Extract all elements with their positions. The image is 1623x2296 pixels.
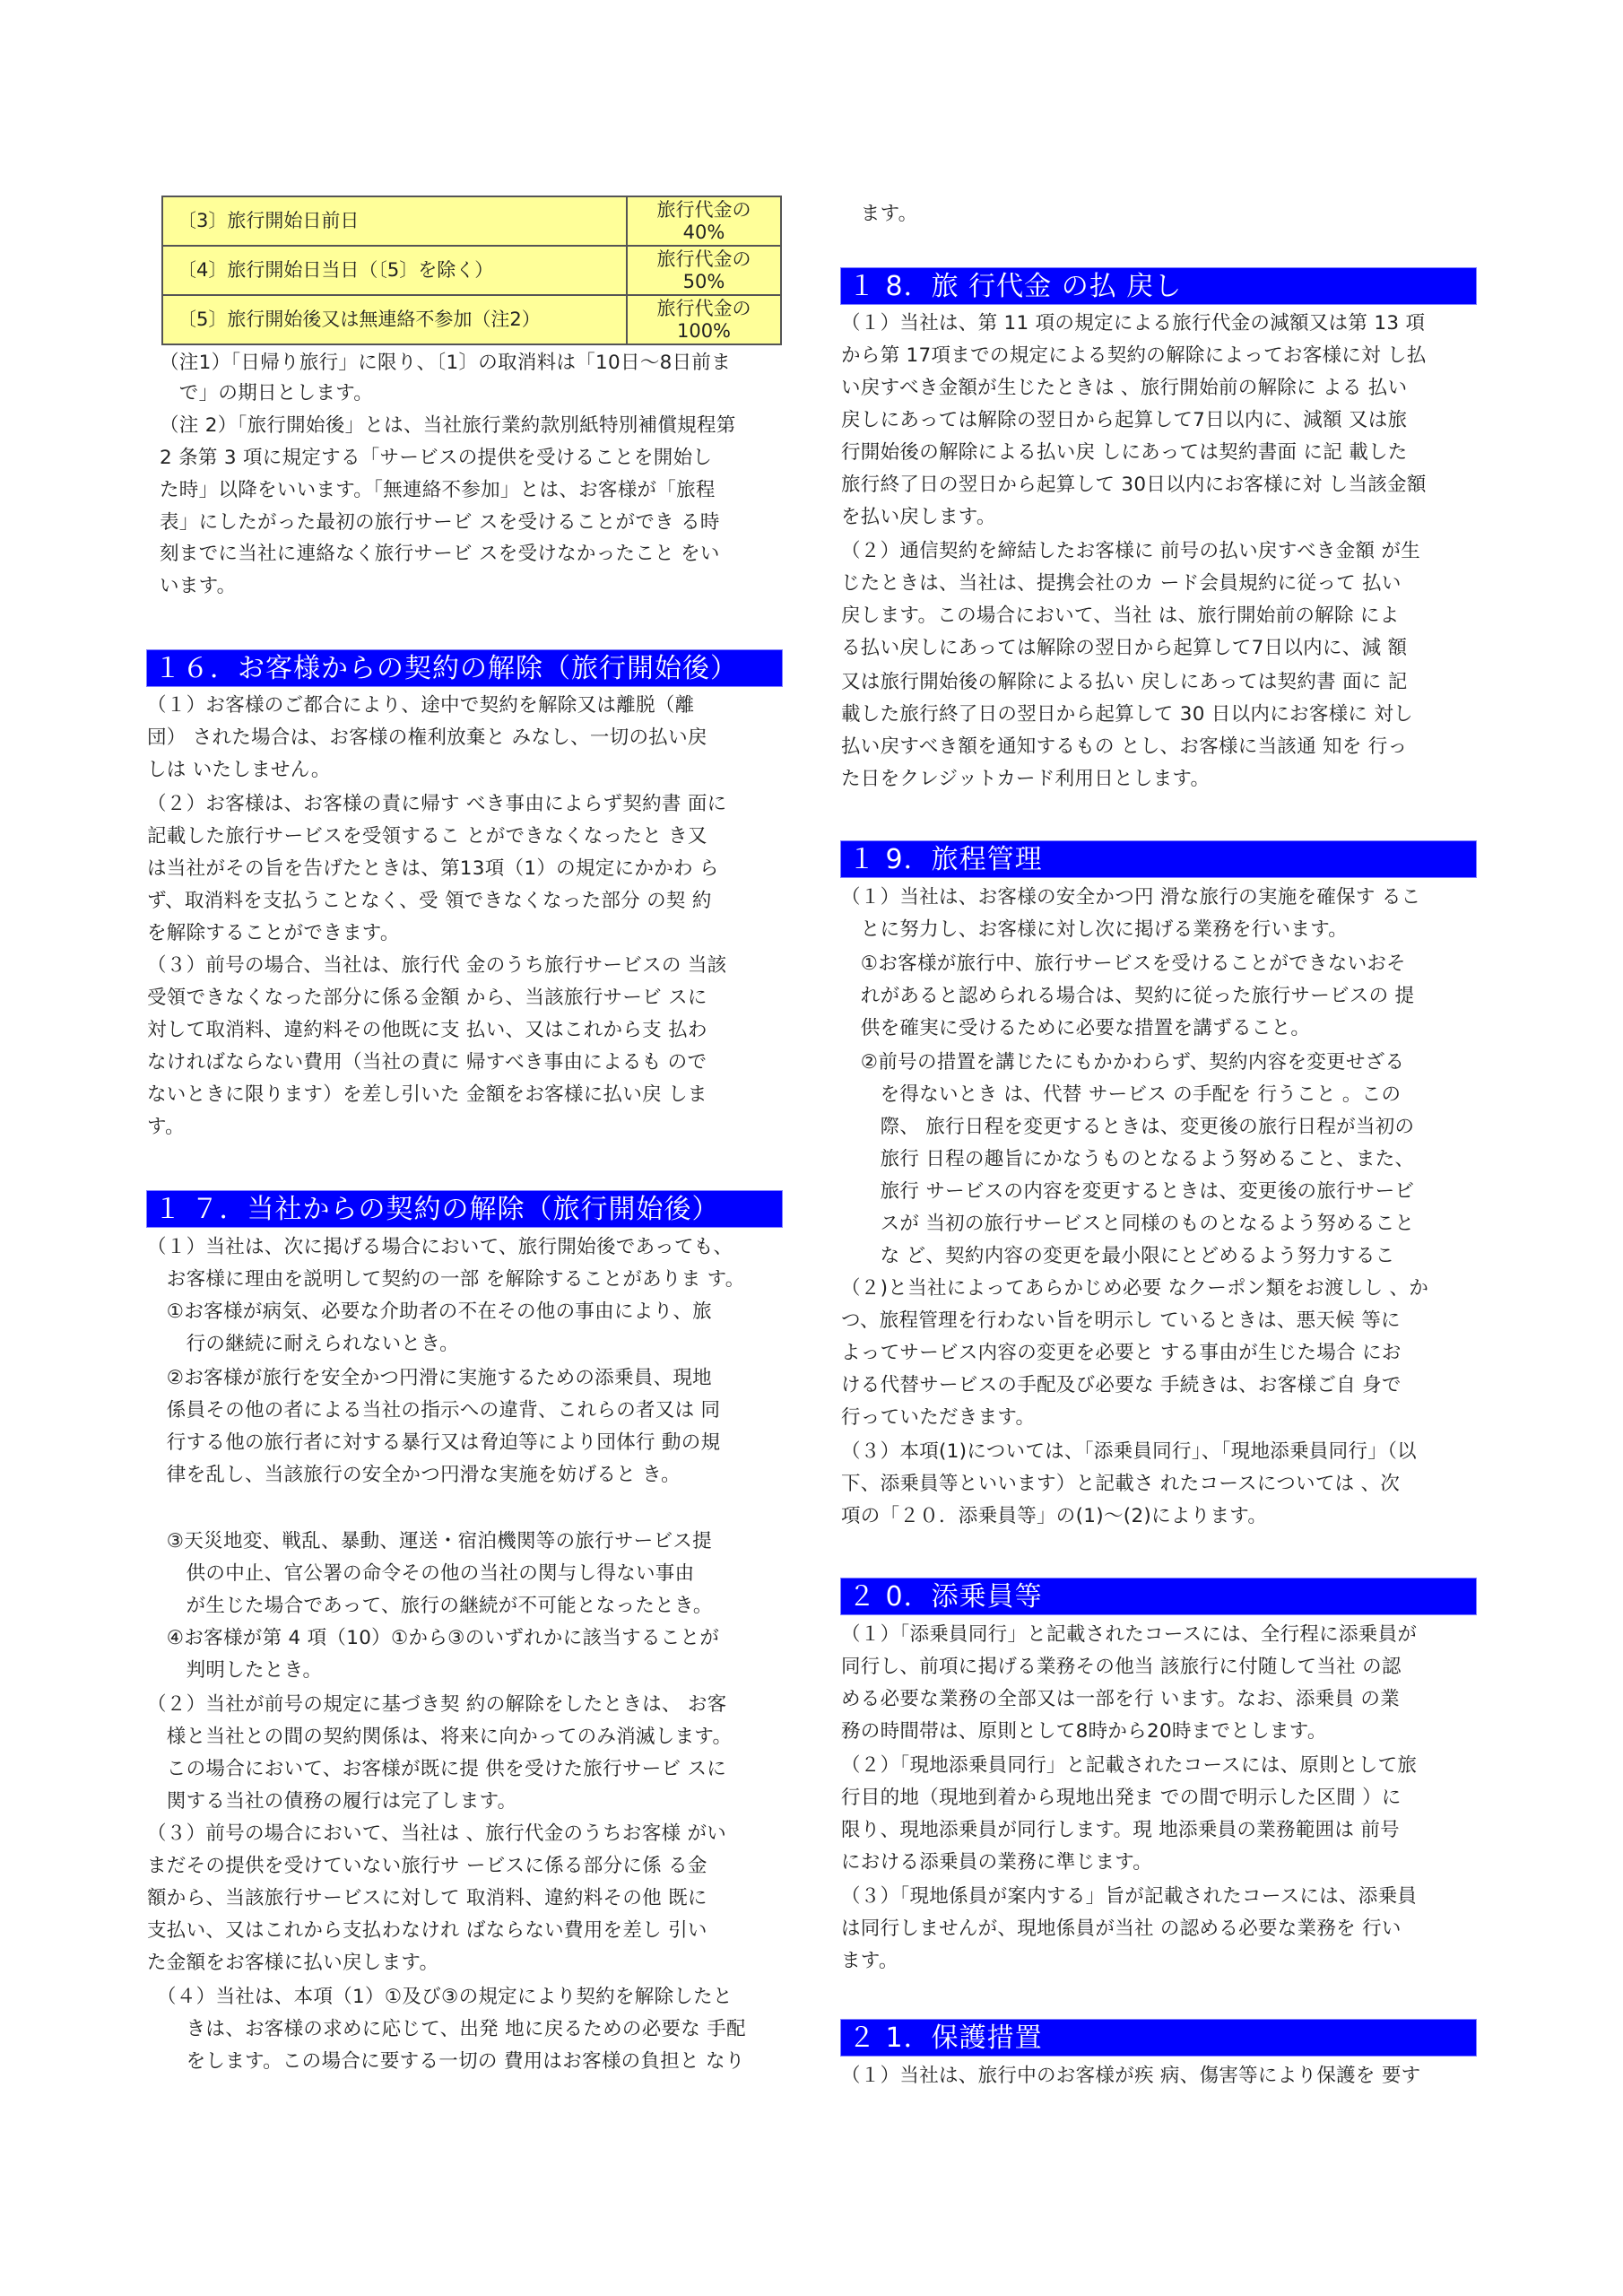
table-row: 〔5〕旅行開始後又は無連絡不参加（注2） 旅行代金の100% xyxy=(162,295,781,344)
text-line: きは、お客様の求めに応じて、出発 地に戻るための必要な 手配 xyxy=(147,2014,746,2045)
text-line: スが 当初の旅行サービスと同様のものとなるよう努めること xyxy=(841,1209,1414,1239)
text-line: 行目的地（現地到着から現地出発ま での間で明示した区間 ）に xyxy=(841,1783,1402,1813)
note-line: た時」以降をいいます。「無連絡不参加」とは、お客様が「旅程 xyxy=(160,475,716,506)
text-line: （１）当社は、お客様の安全かつ円 滑な旅行の実施を確保す るこ xyxy=(841,883,1420,913)
text-line: 行っていただきます。 xyxy=(841,1403,1035,1433)
text-line: い戻すべき金額が生じたときは 、旅行開始前の解除に よる 払い xyxy=(841,373,1407,404)
fee-value: 旅行代金の100% xyxy=(627,295,781,344)
text-line: 限り、現地添乗員が同行します。現 地添乗員の業務範囲は 前号 xyxy=(841,1815,1400,1846)
text-line: この場合において、お客様が既に提 供を受けた旅行サービ スに xyxy=(147,1754,726,1785)
text-line: なければならない費用（当社の責に 帰すべき事由によるも ので xyxy=(147,1048,707,1078)
text-line: る払い戻しにあっては解除の翌日から起算して7日以内に、減 額 xyxy=(841,633,1407,664)
text-line: 払い戻すべき額を通知するもの とし、お客様に当該通 知を 行っ xyxy=(841,732,1407,762)
text-line: から第 17項までの規定による契約の解除によってお客様に対 し払 xyxy=(841,341,1427,371)
text-line: 支払い、又はこれから支払わなけれ ばならない費用を差し 引い xyxy=(147,1916,707,1946)
section-heading-19: １ 9．旅程管理 xyxy=(840,840,1477,878)
text-line: 受領できなくなった部分に係る金額 から、当該旅行サービ スに xyxy=(147,983,707,1013)
note-line: （注 2）「旅行開始後」とは、当社旅行業約款別紙特別補償規程第 xyxy=(160,411,736,441)
text-line: 様と当社との間の契約関係は、将来に向かってのみ消滅します。 xyxy=(147,1722,732,1752)
text-line: よってサービス内容の変更を必要と する事由が生じた場合 にお xyxy=(841,1338,1402,1369)
text-line: 関する当社の債務の履行は完了します。 xyxy=(147,1787,516,1817)
text-line: 記載した旅行サービスを受領するこ とができなくなったと き又 xyxy=(147,822,707,852)
text-line: （２)と当社によってあらかじめ必要 なクーポン類をお渡しし 、か xyxy=(841,1274,1428,1304)
note-line: 2 条第 3 項に規定する「サービスの提供を受けることを開始し xyxy=(160,443,712,474)
text-line: 旅行 サービスの内容を変更するときは、変更後の旅行サービ xyxy=(841,1177,1414,1207)
text-line: 項の「２０．添乗員等」の(1)〜(2)によります。 xyxy=(841,1501,1267,1532)
text-line: は同行しませんが、現地係員が当社 の認める必要な業務を 行い xyxy=(841,1914,1402,1944)
fee-label: 〔4〕旅行開始日当日（〔5〕を除く） xyxy=(162,246,627,295)
note-line: います。 xyxy=(160,571,236,602)
text-line: 同行し、前項に掲げる業務その他当 該旅行に付随して当社 の認 xyxy=(841,1652,1402,1683)
text-line: 団） された場合は、お客様の権利放棄と みなし、一切の払い戻 xyxy=(147,723,707,753)
text-line: 律を乱し、当該旅行の安全かつ円滑な実施を妨げると き。 xyxy=(147,1460,681,1491)
text-line: は当社がその旨を告げたときは、第13項（1）の規定にかかわ ら xyxy=(147,854,719,884)
section-heading-18: １ 8．旅 行代金 の払 戻し xyxy=(840,267,1477,305)
text-line: （２）お客様は、お客様の責に帰す べき事由によらず契約書 面に xyxy=(147,789,726,820)
section-heading-17: １ ７．当社からの契約の解除（旅行開始後） xyxy=(146,1190,783,1228)
text-line: ないときに限ります）を差し引いた 金額をお客様に払い戻 しま xyxy=(147,1080,707,1110)
text-line: を払い戻します。 xyxy=(841,502,996,533)
text-line: 行開始後の解除による払い戻 しにあっては契約書面 に記 載した xyxy=(841,438,1408,468)
note-line: で」の期日とします。 xyxy=(160,378,373,409)
text-line: が生じた場合であって、旅行の継続が不可能となったとき。 xyxy=(147,1591,713,1622)
text-line: 係員その他の者による当社の指示への違背、これらの者又は 同 xyxy=(147,1396,720,1426)
text-line: （１）当社は、旅行中のお客様が疾 病、傷害等により保護を 要す xyxy=(841,2061,1420,2092)
text-line: まだその提供を受けていない旅行サ ービスに係る部分に係 る金 xyxy=(147,1851,707,1882)
note-line: （注1）「日帰り旅行」に限り、〔1〕の取消料は「10日〜8日前ま xyxy=(160,348,731,378)
text-line: す。 xyxy=(147,1112,185,1143)
text-line: 戻します。この場合において、当社 は、旅行開始前の解除 によ xyxy=(841,601,1400,631)
text-line: （１）お客様のご都合により、途中で契約を解除又は離脱（離 xyxy=(147,691,694,721)
text-line: における添乗員の業務に準じます。 xyxy=(841,1848,1152,1878)
text-line: じたときは、当社は、提携会社のカ ード会員規約に従って 払い xyxy=(841,569,1402,599)
text-line: ます。 xyxy=(841,1946,898,1977)
text-line: 際、 旅行日程を変更するときは、変更後の旅行日程が当初の xyxy=(841,1112,1414,1143)
text-line: 下、添乗員等といいます）と記載さ れたコースについては 、次 xyxy=(841,1469,1400,1500)
text-line: 又は旅行開始後の解除による払い 戻しにあっては契約書 面に 記 xyxy=(841,667,1408,698)
text-line: ける代替サービスの手配及び必要な 手続きは、お客様ご自 身で xyxy=(841,1370,1402,1401)
text-line: 対して取消料、違約料その他既に支 払い、又はこれから支 払わ xyxy=(147,1015,707,1046)
text-line: を解除することができます。 xyxy=(147,918,400,949)
text-line: （４）当社は、本項（1）①及び③の規定により契約を解除したと xyxy=(147,1982,733,2013)
fee-label: 〔5〕旅行開始後又は無連絡不参加（注2） xyxy=(162,295,627,344)
text-line: （２）通信契約を締結したお客様に 前号の払い戻すべき金額 が生 xyxy=(841,536,1420,567)
text-line: ④お客様が第 4 項（10）①から③のいずれかに該当することが xyxy=(147,1623,719,1654)
text-line: （３）「現地係員が案内する」旨が記載されたコースには、添乗員 xyxy=(841,1882,1417,1912)
text-line: 載した旅行終了日の翌日から起算して 30 日以内にお客様に 対し xyxy=(841,700,1413,730)
fee-value: 旅行代金の40% xyxy=(627,196,781,246)
section-heading-16: １６．お客様からの契約の解除（旅行開始後） xyxy=(146,649,783,687)
text-line: （１）当社は、次に掲げる場合において、旅行開始後であっても、 xyxy=(147,1232,733,1263)
text-line: 旅行終了日の翌日から起算して 30日以内にお客様に対 し当該金額 xyxy=(841,470,1427,500)
text-line: 旅行 日程の趣旨にかなうものとなるよう努めること、また、 xyxy=(841,1144,1414,1175)
text-line: ③天災地変、戦乱、暴動、運送・宿泊機関等の旅行サービス提 xyxy=(147,1526,712,1557)
text-line: れがあると認められる場合は、契約に従った旅行サービスの 提 xyxy=(841,981,1414,1012)
text-line: （２）当社が前号の規定に基づき契 約の解除をしたときは、 お客 xyxy=(147,1690,726,1720)
fee-label: 〔3〕旅行開始日前日 xyxy=(162,196,627,246)
text-line: をします。この場合に要する一切の 費用はお客様の負担と なり xyxy=(147,2047,745,2077)
text-line: （１）「添乗員同行」と記載されたコースには、全行程に添乗員が xyxy=(841,1620,1417,1650)
text-line: 供を確実に受けるために必要な措置を講ずること。 xyxy=(841,1013,1310,1044)
table-row: 〔3〕旅行開始日前日 旅行代金の40% xyxy=(162,196,781,246)
text-line: 判明したとき。 xyxy=(147,1656,322,1686)
text-line: ①お客様が病気、必要な介助者の不在その他の事由により、旅 xyxy=(147,1297,712,1327)
section-heading-20: ２ 0．添乗員等 xyxy=(840,1578,1477,1615)
text-line: （３）本項(1)については、「添乗員同行」、「現地添乗員同行」（以 xyxy=(841,1437,1417,1467)
text-line: とに努力し、お客様に対し次に掲げる業務を行います。 xyxy=(841,915,1348,945)
cancellation-fee-table: 〔3〕旅行開始日前日 旅行代金の40% 〔4〕旅行開始日当日（〔5〕を除く） 旅… xyxy=(161,196,782,345)
text-line: 供の中止、官公署の命令その他の当社の関与し得ない事由 xyxy=(147,1559,694,1589)
text-line: 行の継続に耐えられないとき。 xyxy=(147,1329,459,1360)
text-line: ①お客様が旅行中、旅行サービスを受けることができないおそ xyxy=(841,949,1406,979)
text-line: める必要な業務の全部又は一部を行 います。なお、添乗員 の業 xyxy=(841,1684,1400,1715)
fee-value: 旅行代金の50% xyxy=(627,246,781,295)
table-row: 〔4〕旅行開始日当日（〔5〕を除く） 旅行代金の50% xyxy=(162,246,781,295)
text-line: お客様に理由を説明して契約の一部 を解除することがありま す。 xyxy=(147,1265,745,1295)
text-line: （１）当社は、第 11 項の規定による旅行代金の減額又は第 13 項 xyxy=(841,309,1425,339)
text-line: ず、取消料を支払うことなく、受 領できなくなった部分 の契 約 xyxy=(147,886,712,917)
note-line: 刻までに当社に連絡なく旅行サービ スを受けなかったこと をい xyxy=(160,539,720,570)
text-line: ②前号の措置を講じたにもかかわらず、契約内容を変更せざる xyxy=(841,1048,1404,1078)
continuation-text: ます。 xyxy=(841,199,917,230)
text-line: 額から、当該旅行サービスに対して 取消料、違約料その他 既に xyxy=(147,1883,707,1914)
text-line: 行する他の旅行者に対する暴行又は脅迫等により団体行 動の規 xyxy=(147,1428,720,1458)
text-line: 戻しにあっては解除の翌日から起算して7日以内に、減額 又は旅 xyxy=(841,405,1407,436)
section-heading-21: ２ 1．保護措置 xyxy=(840,2019,1477,2057)
text-line: な ど、契約内容の変更を最小限にとどめるよう努力するこ xyxy=(841,1241,1395,1272)
text-line: ②お客様が旅行を安全かつ円滑に実施するための添乗員、現地 xyxy=(147,1363,712,1394)
text-line: た日をクレジットカード利用日とします。 xyxy=(841,764,1210,795)
text-line: た金額をお客様に払い戻します。 xyxy=(147,1948,438,1979)
text-line: 務の時間帯は、原則として8時から20時までとします。 xyxy=(841,1717,1327,1747)
text-line: （２）「現地添乗員同行」と記載されたコースには、原則として旅 xyxy=(841,1751,1417,1781)
text-line: （３）前号の場合、当社は、旅行代 金のうち旅行サービスの 当該 xyxy=(147,951,726,981)
text-line: を得ないとき は、代替 サービス の手配を 行うこと 。この xyxy=(841,1080,1401,1110)
note-line: 表」にしたがった最初の旅行サービ スを受けることができ る時 xyxy=(160,508,720,538)
text-line: つ、旅程管理を行わない旨を明示し ているときは、悪天候 等に xyxy=(841,1306,1401,1336)
text-line: （３）前号の場合において、当社は 、旅行代金のうちお客様 がい xyxy=(147,1819,726,1849)
text-line: しは いたしません。 xyxy=(147,755,331,786)
